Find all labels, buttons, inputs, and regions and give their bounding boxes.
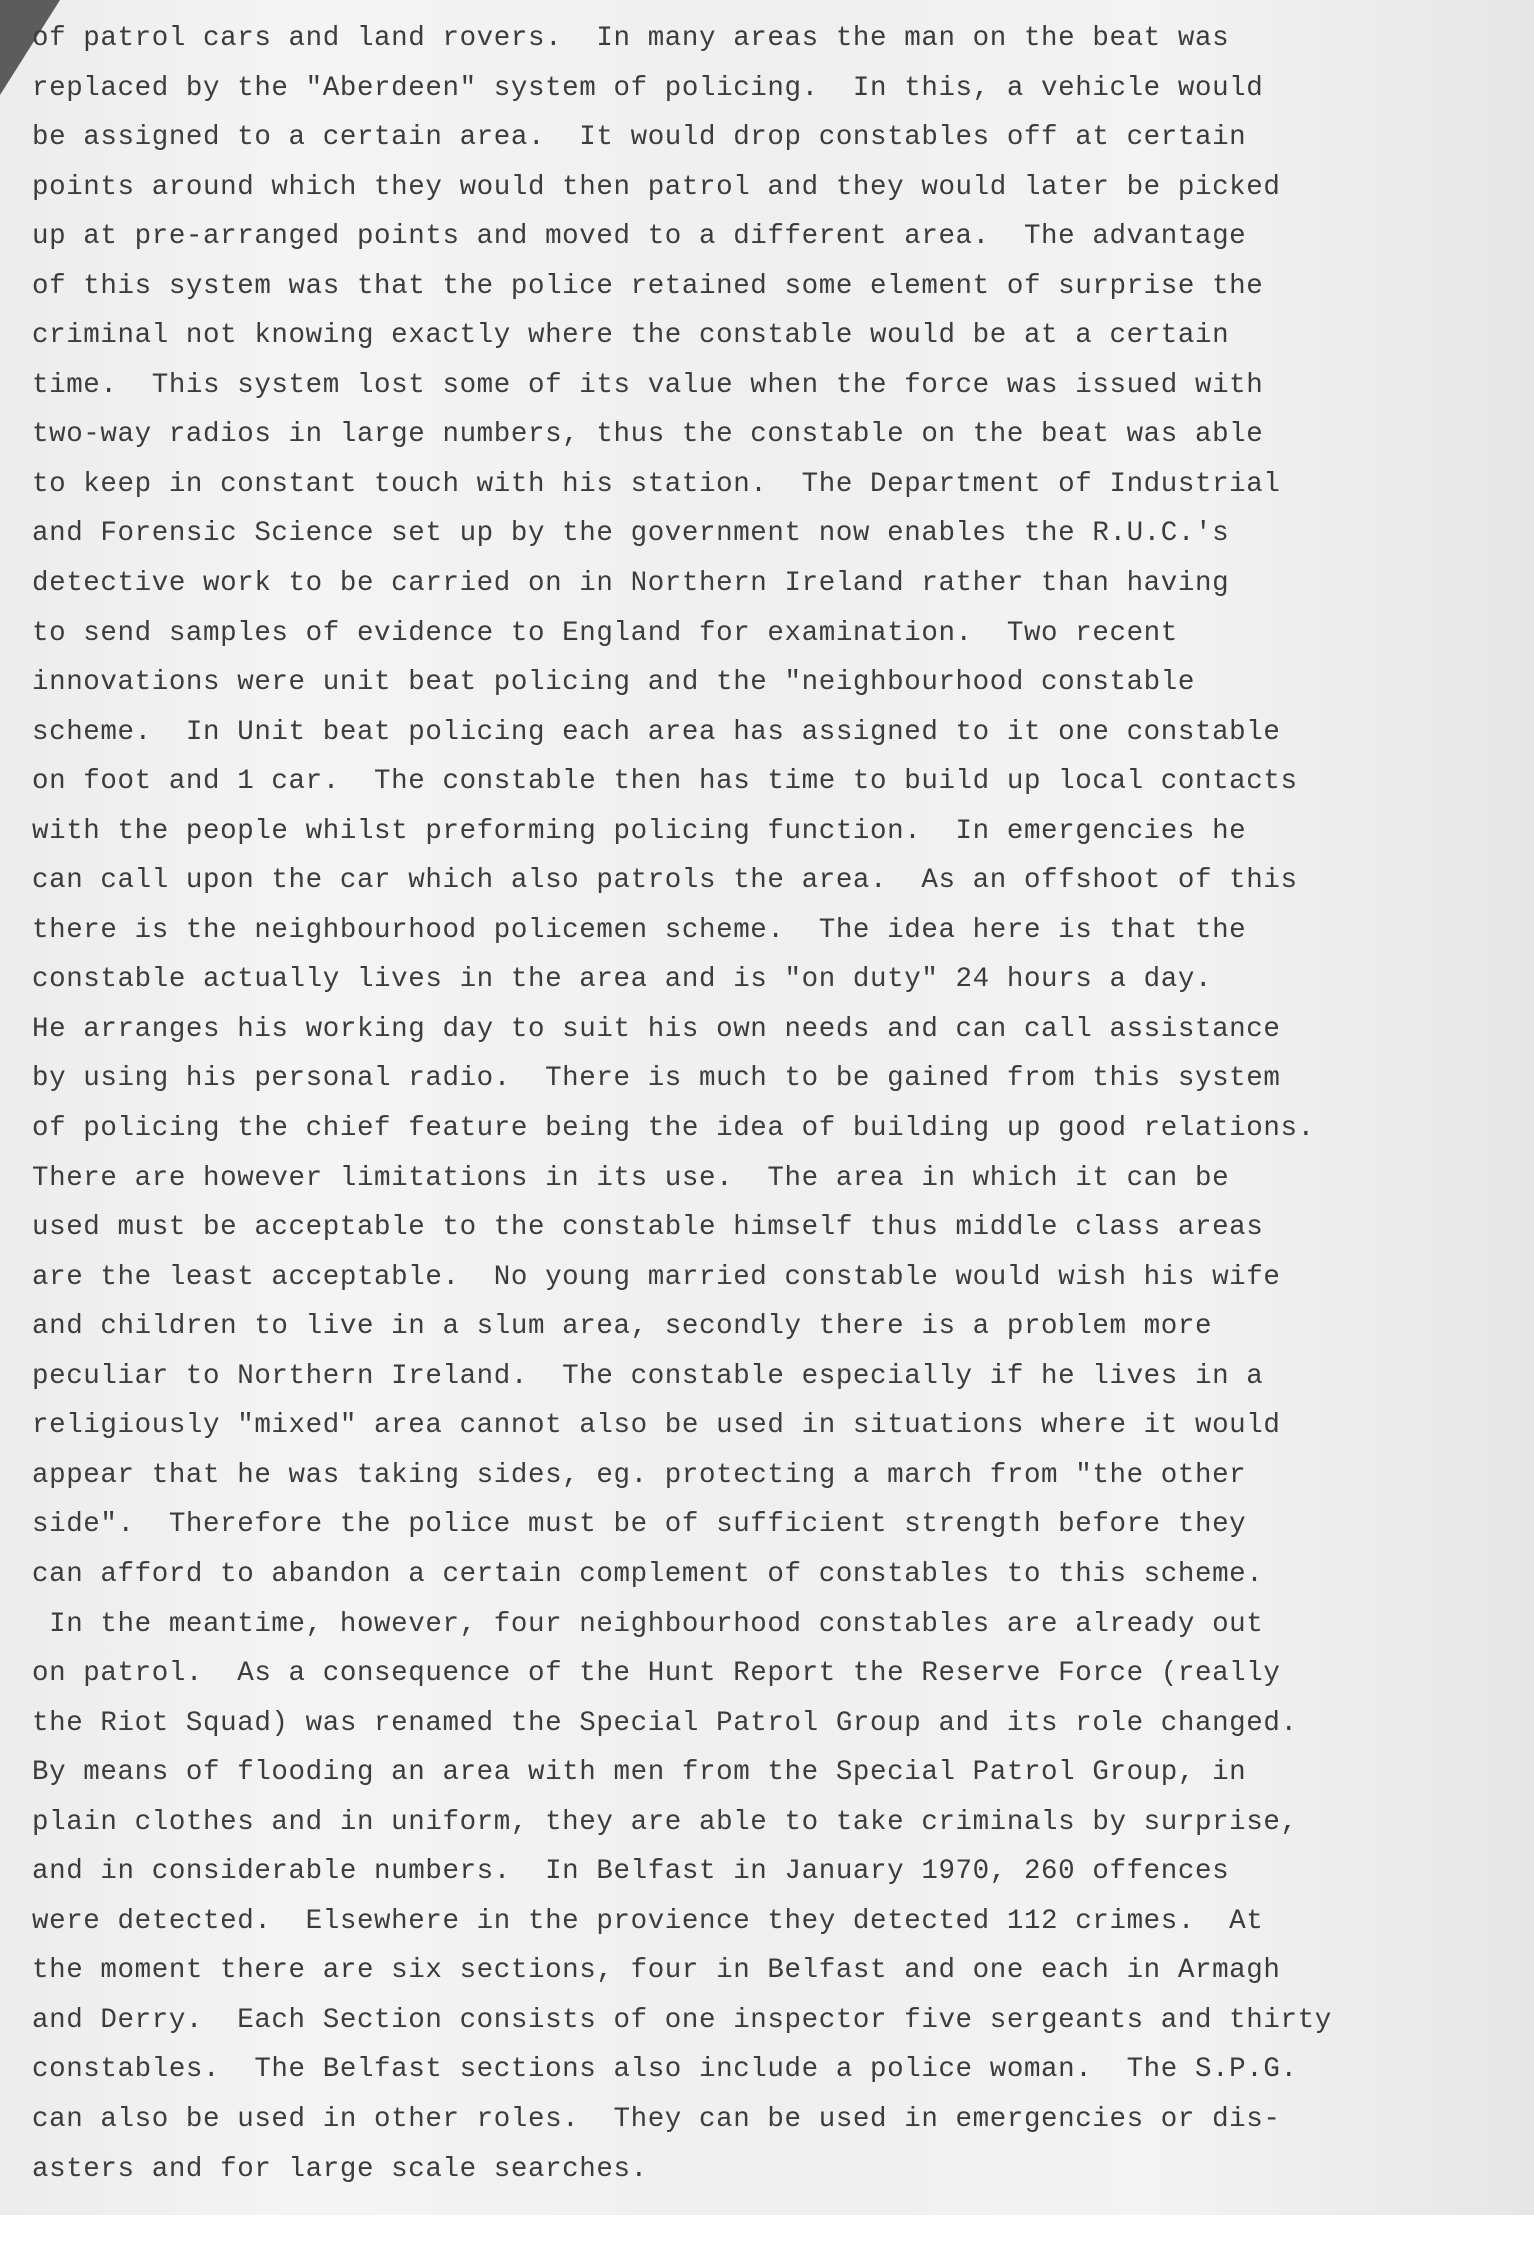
text-line: two-way radios in large numbers, thus th… [32, 410, 1512, 460]
text-line: and Forensic Science set up by the gover… [32, 509, 1512, 559]
typewritten-body: of patrol cars and land rovers. In many … [32, 14, 1512, 2194]
text-line: to send samples of evidence to England f… [32, 609, 1512, 659]
text-line: In the meantime, however, four neighbour… [32, 1600, 1512, 1650]
text-line: can also be used in other roles. They ca… [32, 2095, 1512, 2145]
text-line: and in considerable numbers. In Belfast … [32, 1847, 1512, 1897]
text-line: constable actually lives in the area and… [32, 955, 1512, 1005]
scanned-page: of patrol cars and land rovers. In many … [0, 0, 1534, 2215]
text-line: replaced by the "Aberdeen" system of pol… [32, 64, 1512, 114]
text-line: time. This system lost some of its value… [32, 361, 1512, 411]
text-line: plain clothes and in uniform, they are a… [32, 1798, 1512, 1848]
text-line: to keep in constant touch with his stati… [32, 460, 1512, 510]
text-line: detective work to be carried on in North… [32, 559, 1512, 609]
text-line: by using his personal radio. There is mu… [32, 1054, 1512, 1104]
text-line: appear that he was taking sides, eg. pro… [32, 1451, 1512, 1501]
text-line: criminal not knowing exactly where the c… [32, 311, 1512, 361]
text-line: innovations were unit beat policing and … [32, 658, 1512, 708]
text-line: the moment there are six sections, four … [32, 1946, 1512, 1996]
text-line: peculiar to Northern Ireland. The consta… [32, 1352, 1512, 1402]
text-line: were detected. Elsewhere in the provienc… [32, 1897, 1512, 1947]
text-line: of policing the chief feature being the … [32, 1104, 1512, 1154]
text-line: and Derry. Each Section consists of one … [32, 1996, 1512, 2046]
text-line: can afford to abandon a certain compleme… [32, 1550, 1512, 1600]
text-line: and children to live in a slum area, sec… [32, 1302, 1512, 1352]
text-line: there is the neighbourhood policemen sch… [32, 906, 1512, 956]
text-line: He arranges his working day to suit his … [32, 1005, 1512, 1055]
text-line: of this system was that the police retai… [32, 262, 1512, 312]
text-line: religiously "mixed" area cannot also be … [32, 1401, 1512, 1451]
text-line: scheme. In Unit beat policing each area … [32, 708, 1512, 758]
text-line: on foot and 1 car. The constable then ha… [32, 757, 1512, 807]
text-line: are the least acceptable. No young marri… [32, 1253, 1512, 1303]
text-line: can call upon the car which also patrols… [32, 856, 1512, 906]
text-line: the Riot Squad) was renamed the Special … [32, 1699, 1512, 1749]
text-line: of patrol cars and land rovers. In many … [32, 14, 1512, 64]
text-line: By means of flooding an area with men fr… [32, 1748, 1512, 1798]
text-line: be assigned to a certain area. It would … [32, 113, 1512, 163]
text-line: points around which they would then patr… [32, 163, 1512, 213]
text-line: constables. The Belfast sections also in… [32, 2045, 1512, 2095]
text-line: side". Therefore the police must be of s… [32, 1500, 1512, 1550]
text-line: asters and for large scale searches. [32, 2145, 1512, 2195]
text-line: There are however limitations in its use… [32, 1154, 1512, 1204]
text-line: used must be acceptable to the constable… [32, 1203, 1512, 1253]
text-line: up at pre-arranged points and moved to a… [32, 212, 1512, 262]
text-line: on patrol. As a consequence of the Hunt … [32, 1649, 1512, 1699]
text-line: with the people whilst preforming polici… [32, 807, 1512, 857]
